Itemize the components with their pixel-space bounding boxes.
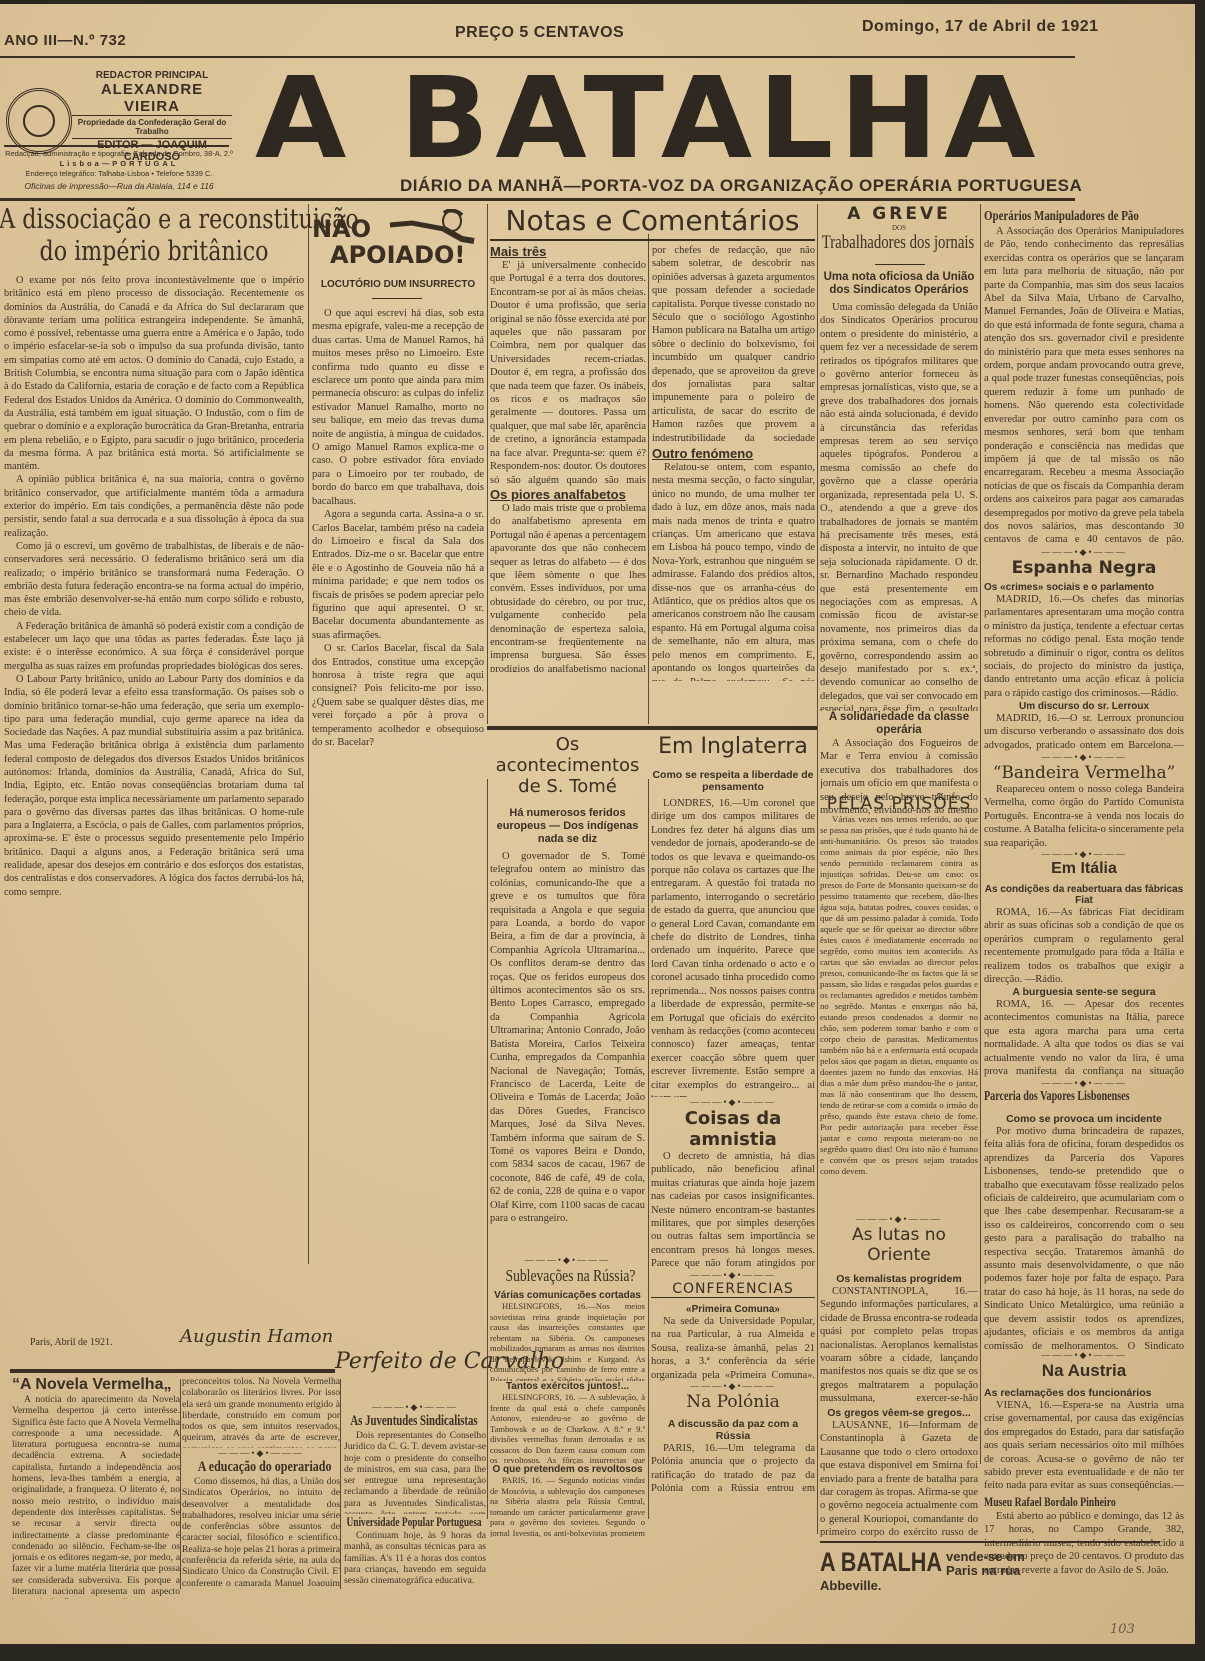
paragraph: Por motivo duma brincadeira de rapazes, …	[984, 1125, 1184, 1350]
headline-line2: do império britânico	[28, 236, 281, 268]
paragraph: Uma comissão delegada da União dos Sindi…	[820, 301, 978, 711]
article-body: LONDRES, 16.—Um coronel que dirige um do…	[651, 797, 815, 1097]
column-rule	[487, 779, 488, 1519]
headline: As Juventudes Sindicalistas	[342, 1413, 486, 1430]
paragraph: O Labour Party britânico, unido ao Labou…	[4, 673, 304, 899]
article-body: LAUSANNE, 16—Informam de Constantinopla …	[820, 1419, 978, 1537]
headline: “A Novela Vermelha„	[12, 1376, 180, 1394]
column-rule	[487, 204, 488, 724]
newspaper-page: ANO III—N.º 732 PREÇO 5 CENTAVOS Domingo…	[0, 4, 1195, 1644]
ownership: Propriedade da Confederação Geral do Tra…	[72, 116, 232, 139]
ornament-divider: ———•◆•———	[651, 1097, 815, 1108]
paragraph: Como dissemos, há dias, a União dos Sind…	[182, 1476, 340, 1586]
section-body: E' já universalmente conhecido que Portu…	[490, 259, 646, 487]
article-body: A notícia do aparecimento da Novela Verm…	[12, 1394, 180, 1599]
article-body: Continuam hoje, às 9 horas da manhã, as …	[344, 1530, 486, 1590]
article-body: Reapareceu ontem o nosso colega Bandeira…	[984, 783, 1184, 849]
tagline: DIÁRIO DA MANHÃ—PORTA-VOZ DA ORGANIZAÇÃO…	[400, 176, 1082, 196]
article-body: O governador de S. Tomé telegrafou ontem…	[490, 850, 645, 1255]
article-body: Como dissemos, há dias, a União dos Sind…	[182, 1476, 340, 1586]
paragraph: Relatou-se ontem, com espanto, nesta mes…	[652, 461, 815, 681]
headline: Os acontecimentos de S. Tomé	[490, 734, 645, 797]
subhead: Como se respeita a liberdade de pensamen…	[651, 769, 815, 793]
subhead: A burguesia sente-se segura	[984, 986, 1184, 998]
headline: Trabalhadores dos jornais	[820, 232, 976, 254]
notas-col2: por chefes de redacção, que não sabem so…	[652, 244, 815, 681]
column-rule	[180, 1379, 181, 1589]
paragraph: HELSINGFORS, 16. — A sublevação, à frent…	[490, 1392, 645, 1464]
headline: Museu Rafael Bordalo Pinheiro	[984, 1494, 1134, 1510]
divider	[372, 298, 422, 299]
dateline: Paris, Abril de 1921.	[30, 1336, 113, 1349]
ornament-divider: ———•◆•———	[490, 1255, 645, 1266]
paragraph: O lado mais triste que o problema do ana…	[490, 502, 646, 672]
article-body: HELSINGFORS, 16.—Nos meios sovietistas r…	[490, 1301, 645, 1381]
paragraph: MADRID, 16.—Os chefes das minorias parla…	[984, 593, 1184, 700]
paragraph: Dois representantes do Conselho Jurídico…	[344, 1430, 486, 1514]
headline: Operários Manipuladores de Pão	[984, 209, 1140, 225]
paragraph: LONDRES, 16.—Um coronel que dirige um do…	[651, 797, 815, 1097]
nao-apoiado-header: NÃO APOIADO!	[312, 209, 484, 279]
article-novela-vermelha: “A Novela Vermelha„ A notícia do apareci…	[12, 1376, 180, 1599]
address-block: Redacção, administração e tipografia, Ca…	[4, 149, 234, 191]
article-notas: Notas e Comentários	[490, 204, 815, 241]
section-heading: Outro fenómeno	[652, 446, 815, 461]
masthead-bottom-rule	[0, 198, 1075, 201]
article-body: MADRID, 16.—Os chefes das minorias parla…	[984, 593, 1184, 701]
headline: Espanha Negra	[984, 558, 1184, 578]
article-body: VIENA, 16.—Espera-se na Austria uma cris…	[984, 1399, 1184, 1494]
paragraph: CONSTANTINOPLA, 16.—Segundo informações …	[820, 1285, 978, 1407]
paragraph: O exame por nós feito prova incontestàve…	[4, 274, 304, 473]
ornament-divider: ———•◆•———	[820, 1214, 978, 1225]
paragraph: MADRID, 16.—O sr. Lerroux pronunciou um …	[984, 712, 1184, 752]
article-body: HELSINGFORS, 16. — A sublevação, à frent…	[490, 1392, 645, 1464]
article-body: PARIS, 16. — Segundo notícias vindas de …	[490, 1475, 645, 1537]
paragraph: PARIS, 16. — Segundo notícias vindas de …	[490, 1475, 645, 1537]
kicker: A GREVE	[820, 204, 978, 224]
paragraph: A opinião pública britânica é, na sua ma…	[4, 473, 304, 539]
article-juventudes: ———•◆•——— As Juventudes Sindicalistas Do…	[344, 1402, 486, 1590]
subhead: As condições da reabertuara das fábricas…	[984, 884, 1184, 906]
ornament-divider: ———•◆•———	[984, 1078, 1184, 1089]
article-body: Na sede da Universidade Popular, na rua …	[651, 1315, 815, 1381]
headline: Parceria dos Vapores Lisbonenses	[984, 1089, 1128, 1105]
paragraph: A Associação dos Operários Manipuladores…	[984, 225, 1184, 547]
newspaper-title: A BATALHA	[255, 62, 1041, 174]
paragraph: E' já universalmente conhecido que Portu…	[490, 259, 646, 487]
article-body: CONSTANTINOPLA, 16.—Segundo informações …	[820, 1285, 978, 1407]
headline-line2: APOIADO!	[330, 241, 465, 269]
workshops: Oficinas de impressão—Rua da Atalaia, 11…	[4, 181, 234, 191]
section-heading: Mais três	[490, 244, 646, 259]
headline: Sublevações na Rússia?	[506, 1266, 630, 1286]
date: Domingo, 17 de Abril de 1921	[862, 18, 1099, 36]
paragraph: ROMA, 16. — Apesar dos recentes aconteci…	[984, 998, 1184, 1078]
article-prisoes: PELAS PRISÕES Várias vezes nos temos ref…	[820, 794, 978, 1537]
paragraph: Agora a segunda carta. Assina-a o sr. Ca…	[312, 508, 484, 642]
subhead: As reclamações dos funcionários	[984, 1387, 1184, 1399]
subhead: Como se provoca um incidente	[984, 1113, 1184, 1125]
article-sao-tome: Os acontecimentos de S. Tomé Há numeroso…	[490, 734, 645, 1537]
headline: Universidade Popular Portuguesa	[342, 1514, 486, 1530]
article-novela-col2: preconceitos tolos. Na Novela Vermelha c…	[182, 1376, 340, 1586]
article-body: Uma comissão delegada da União dos Sindi…	[820, 301, 978, 711]
headline: Coisas da amnistia	[651, 1108, 815, 1150]
article-british-empire: A dissociação e a reconstituição do impé…	[0, 204, 308, 1256]
paragraph: Como já o escrevi, um govêrno de trabalh…	[4, 540, 304, 620]
subhead: Os «crimes» sociais e o parlamento	[984, 582, 1184, 593]
ornament-divider: ———•◆•———	[344, 1402, 486, 1413]
section-body: Relatou-se ontem, com espanto, nesta mes…	[652, 461, 815, 681]
ad-line1: vende-se em	[946, 1550, 1025, 1564]
headline: CONFERENCIAS	[651, 1281, 815, 1298]
redactor-name: ALEXANDRE VIEIRA	[72, 81, 232, 116]
subhead: Os gregos vêem-se gregos...	[820, 1407, 978, 1419]
pointing-man-illustration-icon	[382, 209, 477, 245]
headline: Em Inglaterra	[651, 734, 815, 759]
ad-paris-sales: A BATALHA vende-se em Paris na rua Abbev…	[820, 1541, 1160, 1593]
section-rule	[487, 726, 817, 730]
article-body: PARIS, 16.—Um telegrama da Polónia anunc…	[651, 1442, 815, 1498]
article-body: ROMA, 16. — Apesar dos recentes aconteci…	[984, 998, 1184, 1078]
article-body: ROMA, 16.—As fábricas Fiat decidiram abr…	[984, 906, 1184, 986]
telegraph: Endereço telegráfico: Talhaba-Lisboa • T…	[4, 169, 234, 179]
headline-line1: A dissociação e a reconstituição	[0, 204, 311, 236]
paragraph: O governador de S. Tomé telegrafou ontem…	[490, 850, 645, 1225]
paragraph: Reapareceu ontem o nosso colega Bandeira…	[984, 783, 1184, 849]
redactor-rule	[4, 145, 229, 147]
article-body: Várias vezes nos temos referido, ao que …	[820, 814, 978, 1214]
column-rule	[340, 1379, 341, 1589]
notas-col1: Mais três E' já universalmente conhecido…	[490, 244, 646, 672]
price: PREÇO 5 CENTAVOS	[455, 24, 624, 42]
ornament-divider: ———•◆•———	[651, 1270, 815, 1281]
paragraph: HELSINGFORS, 16.—Nos meios sovietistas r…	[490, 1301, 645, 1381]
subhead: Uma nota oficiosa da União dos Sindicato…	[820, 271, 978, 297]
article-nao-apoiado: NÃO APOIADO! LOCUTÓRIO DUM INSURRECTO O …	[312, 209, 484, 1237]
paragraph: Continuam hoje, às 9 horas da manhã, as …	[344, 1530, 486, 1586]
paragraph: O que aqui escrevi há dias, sob esta mes…	[312, 307, 484, 508]
city: Lisboa—PORTUGAL	[4, 159, 234, 169]
paragraph: A notícia do aparecimento da Novela Verm…	[12, 1394, 180, 1599]
section-rule	[10, 1369, 335, 1373]
archive-mark: 103	[1110, 1622, 1135, 1637]
subhead: A solidariedade da classe operária	[820, 711, 978, 737]
ornament-divider: ———•◆•———	[984, 752, 1184, 763]
subhead: «Primeira Comuna»	[651, 1304, 815, 1315]
column-rule	[817, 204, 818, 1534]
section-body: O lado mais triste que o problema do ana…	[490, 502, 646, 672]
article-body: O exame por nós feito prova incontestàve…	[0, 274, 308, 1256]
ornament-divider: ———•◆•———	[984, 1350, 1184, 1361]
headline: Na Austria	[984, 1361, 1184, 1381]
paragraph: preconceitos tolos. Na Novela Vermelha c…	[182, 1376, 340, 1448]
subtitle: LOCUTÓRIO DUM INSURRECTO	[312, 279, 484, 290]
subhead: Um discurso do sr. Lerroux	[984, 701, 1184, 712]
paragraph: LAUSANNE, 16—Informam de Constantinopla …	[820, 1419, 978, 1537]
article-inglaterra: Em Inglaterra Como se respeita a liberda…	[651, 734, 815, 1498]
article-body: Por motivo duma brincadeira de rapazes, …	[984, 1125, 1184, 1350]
headline: Notas e Comentários	[490, 204, 815, 241]
paragraph: O sr. Carlos Bacelar, fiscal da Sala dos…	[312, 642, 484, 749]
subhead: Tantos exércitos juntos!...	[490, 1381, 645, 1392]
subhead: A discussão da paz com a Rússia	[651, 1418, 815, 1442]
issue-number: ANO III—N.º 732	[4, 32, 126, 49]
paragraph: O decreto de amnistia, há dias publicado…	[651, 1150, 815, 1270]
address: Redacção, administração e tipografia, Ca…	[4, 149, 234, 159]
divider	[875, 264, 925, 265]
subhead: O que pretendem os revoltosos	[490, 1464, 645, 1475]
redactor-label: REDACTOR PRINCIPAL	[72, 70, 232, 81]
signature-hamon: Augustin Hamon	[180, 1326, 333, 1347]
headline: “Bandeira Vermelha”	[984, 763, 1184, 783]
paragraph: por chefes de redacção, que não sabem so…	[652, 244, 815, 444]
headline: As lutas no Oriente	[820, 1225, 978, 1265]
paragraph: A Federação britânica de àmanhã só poder…	[4, 620, 304, 673]
kicker-dos: DOS	[820, 224, 978, 232]
subhead: Várias comunicações cortadas	[490, 1290, 645, 1301]
section-body: por chefes de redacção, que não sabem so…	[652, 244, 815, 444]
paragraph: Na sede da Universidade Popular, na rua …	[651, 1315, 815, 1381]
ornament-divider: ———•◆•———	[984, 849, 1184, 860]
headline: Em Itália	[984, 860, 1184, 878]
headline-line1: NÃO	[312, 215, 371, 243]
headline: PELAS PRISÕES	[820, 794, 978, 814]
paragraph: Várias vezes nos temos referido, ao que …	[820, 814, 978, 1177]
article-greve: A GREVE DOS Trabalhadores dos jornais Um…	[820, 204, 978, 817]
column-rule	[648, 779, 649, 1519]
paragraph: ROMA, 16.—As fábricas Fiat decidiram abr…	[984, 906, 1184, 986]
article-body: A Associação dos Operários Manipuladores…	[984, 225, 1184, 547]
ad-title: A BATALHA	[820, 1547, 916, 1578]
section-heading: Os piores analfabetos	[490, 487, 646, 502]
article-body: preconceitos tolos. Na Novela Vermelha c…	[182, 1376, 340, 1448]
article-manipuladores-pao: Operários Manipuladores de Pão A Associa…	[984, 209, 1184, 1580]
column-rule	[648, 234, 649, 724]
article-body: O decreto de amnistia, há dias publicado…	[651, 1150, 815, 1270]
article-body: Dois representantes do Conselho Jurídico…	[344, 1430, 486, 1514]
ornament-divider: ———•◆•———	[984, 547, 1184, 558]
column-rule	[308, 204, 309, 1264]
column-rule	[980, 204, 981, 1464]
paragraph: VIENA, 16.—Espera-se na Austria uma cris…	[984, 1399, 1184, 1494]
headline: A educação do operariado	[198, 1459, 324, 1476]
ad-line3: Abbeville.	[820, 1578, 1160, 1593]
ad-line2: Paris na rua	[946, 1564, 1025, 1578]
article-body: O que aqui escrevi há dias, sob esta mes…	[312, 307, 484, 1237]
article-body: MADRID, 16.—O sr. Lerroux pronunciou um …	[984, 712, 1184, 752]
headline: Na Polónia	[651, 1392, 815, 1412]
subhead: Os kemalistas progridem	[820, 1273, 978, 1285]
ornament-divider: ———•◆•———	[182, 1448, 340, 1459]
ornament-divider: ———•◆•———	[651, 1381, 815, 1392]
subhead: Há numerosos feridos europeus — Dos indí…	[490, 807, 645, 846]
paragraph: PARIS, 16.—Um telegrama da Polónia anunc…	[651, 1442, 815, 1498]
